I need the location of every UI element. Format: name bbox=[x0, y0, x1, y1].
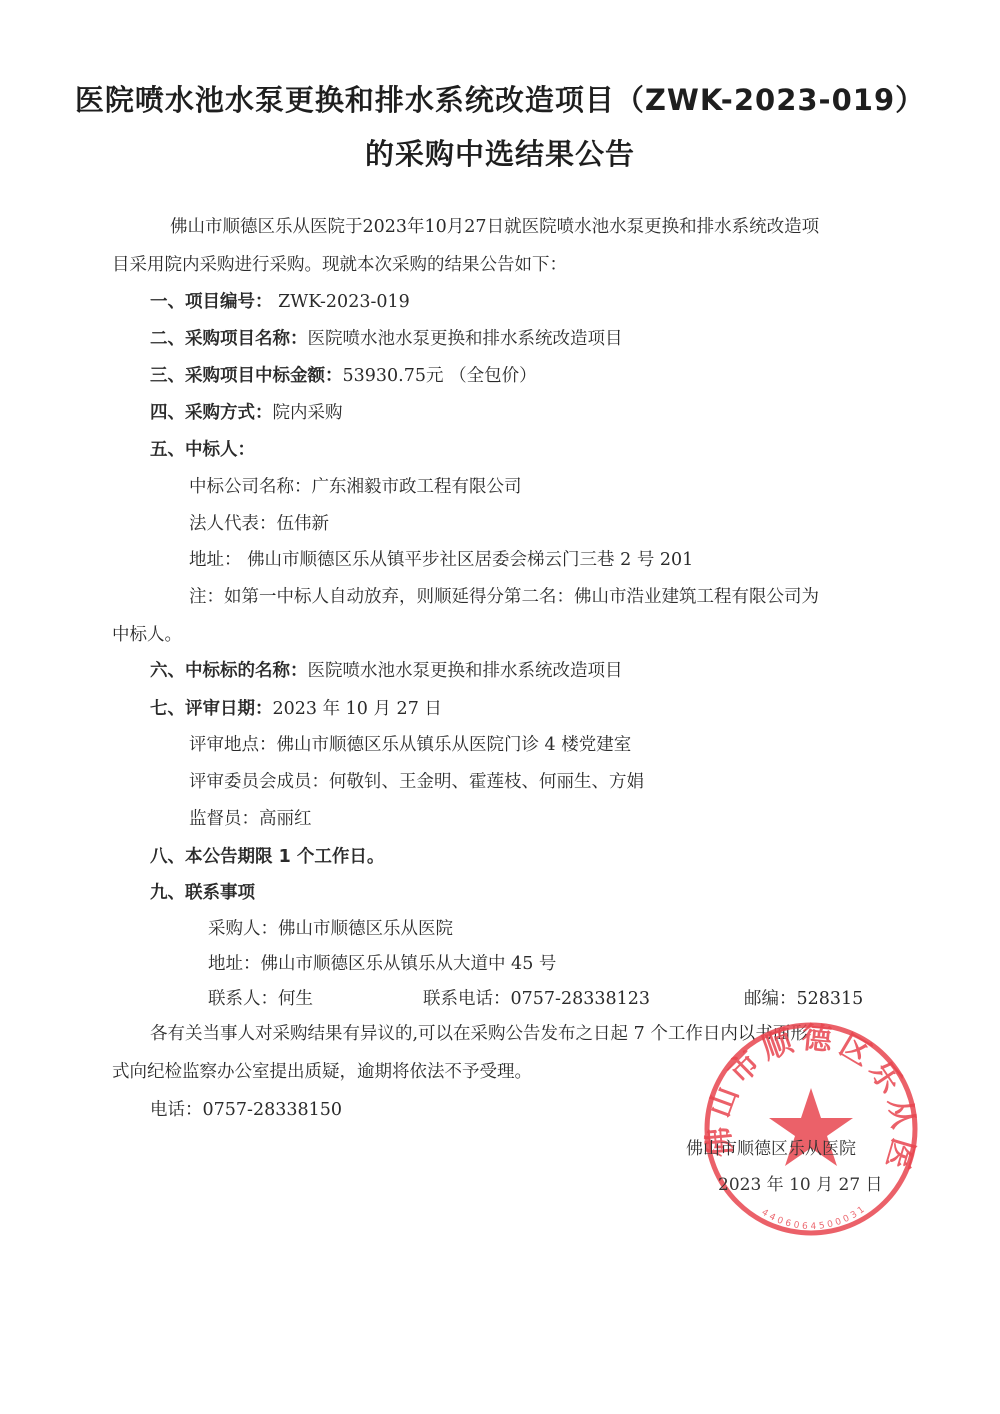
contact-address: 地址：佛山市顺德区乐从镇乐从大道中 45 号 bbox=[208, 952, 556, 976]
contact-postcode: 邮编：528315 bbox=[744, 987, 863, 1011]
section-label: 六、中标标的名称： bbox=[150, 661, 308, 681]
section-label: 七、评审日期： bbox=[150, 699, 273, 719]
intro-paragraph-line-2: 目采用院内采购进行采购。现就本次采购的结果公告如下： bbox=[112, 253, 567, 277]
signature-date: 2023 年 10 月 27 日 bbox=[718, 1170, 883, 1195]
signature-org: 佛山市顺德区乐从医院 bbox=[686, 1134, 856, 1159]
section-contact: 九、联系事项 bbox=[150, 881, 255, 905]
section-value: 医院喷水池水泵更换和排水系统改造项目 bbox=[308, 661, 623, 681]
intro-paragraph-line-1: 佛山市顺德区乐从医院于2023年10月27日就医院喷水池水泵更换和排水系统改造项 bbox=[170, 215, 819, 239]
section-procurement-method: 四、采购方式：院内采购 bbox=[150, 401, 343, 425]
official-seal-icon: 佛山市顺德区乐从医院 4406064500031 bbox=[700, 1018, 922, 1240]
section-value: 医院喷水池水泵更换和排水系统改造项目 bbox=[308, 329, 623, 349]
svg-text:4406064500031: 4406064500031 bbox=[760, 1203, 870, 1232]
section-bid-subject: 六、中标标的名称：医院喷水池水泵更换和排水系统改造项目 bbox=[150, 659, 623, 683]
contact-purchaser: 采购人：佛山市顺德区乐从医院 bbox=[208, 917, 453, 941]
section-label: 一、项目编号： bbox=[150, 292, 273, 312]
section-project-number: 一、项目编号： ZWK-2023-019 bbox=[150, 290, 410, 314]
section-label: 二、采购项目名称： bbox=[150, 329, 308, 349]
contact-phone: 联系电话：0757-28338123 bbox=[423, 987, 650, 1011]
winner-address: 地址： 佛山市顺德区乐从镇平步社区居委会梯云门三巷 2 号 201 bbox=[189, 548, 693, 572]
section-value: 2023 年 10 月 27 日 bbox=[273, 699, 442, 719]
section-review-date: 七、评审日期：2023 年 10 月 27 日 bbox=[150, 697, 442, 721]
objection-line-1: 各有关当事人对采购结果有异议的,可以在采购公告发布之日起 7 个工作日内以书面形 bbox=[150, 1022, 808, 1046]
contact-person: 联系人：何生 bbox=[208, 987, 313, 1011]
section-project-name: 二、采购项目名称：医院喷水池水泵更换和排水系统改造项目 bbox=[150, 327, 623, 351]
title-line-1: 医院喷水池水泵更换和排水系统改造项目（ZWK-2023-019） bbox=[0, 78, 1000, 119]
complaint-phone: 电话：0757-28338150 bbox=[150, 1098, 342, 1122]
winner-company: 中标公司名称：广东湘毅市政工程有限公司 bbox=[189, 475, 522, 499]
winner-legal-rep: 法人代表：伍伟新 bbox=[189, 512, 329, 536]
section-notice-period: 八、本公告期限 1 个工作日。 bbox=[150, 845, 384, 869]
section-label: 三、采购项目中标金额： bbox=[150, 366, 343, 386]
section-bid-amount: 三、采购项目中标金额：53930.75元 （全包价） bbox=[150, 364, 537, 388]
winner-note-line-1: 注：如第一中标人自动放弃，则顺延得分第二名：佛山市浩业建筑工程有限公司为 bbox=[189, 585, 819, 609]
title-line-2: 的采购中选结果公告 bbox=[0, 132, 1000, 173]
objection-line-2: 式向纪检监察办公室提出质疑，逾期将依法不予受理。 bbox=[112, 1060, 532, 1084]
review-location: 评审地点：佛山市顺德区乐从镇乐从医院门诊 4 楼党建室 bbox=[189, 733, 631, 757]
section-value: 53930.75元 （全包价） bbox=[343, 366, 537, 386]
winner-note-line-2: 中标人。 bbox=[112, 623, 182, 647]
section-label: 四、采购方式： bbox=[150, 403, 273, 423]
section-winner: 五、中标人： bbox=[150, 438, 255, 462]
section-value: ZWK-2023-019 bbox=[273, 292, 410, 312]
section-value: 院内采购 bbox=[273, 403, 343, 423]
review-supervisor: 监督员：高丽红 bbox=[189, 807, 312, 831]
section-label: 五、中标人： bbox=[150, 440, 255, 460]
review-committee: 评审委员会成员：何敬钊、王金明、霍莲枝、何丽生、方娟 bbox=[189, 770, 644, 794]
